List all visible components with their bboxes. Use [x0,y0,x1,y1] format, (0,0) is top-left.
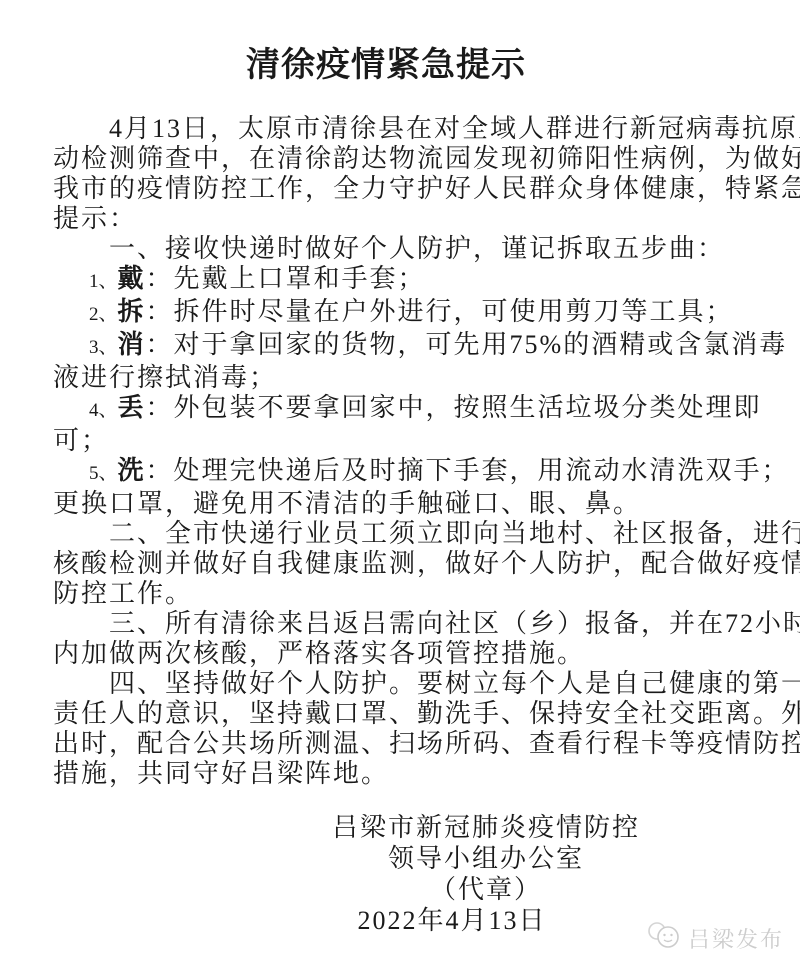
notice-document: 清徐疫情紧急提示 4月13日，太原市清徐县在对全域人群进行新冠病毒抗原主动检测筛… [0,0,800,975]
line-text: 三、所有清徐来吕返吕需向社区（乡）报备，并在72小时 [53,609,800,638]
line-text: ：拆件时尽量在户外进行，可使用剪刀等工具； [146,297,734,326]
text-line: 我市的疫情防控工作，全力守护好人民群众身体健康，特紧急 [53,174,744,204]
item-keyword: 戴 [118,264,146,293]
item-number: 1、 [89,271,118,292]
signature-block: 吕梁市新冠肺炎疫情防控 领导小组办公室 （代章） 2022年4月13日 [330,812,642,936]
publisher-logo-icon [647,921,681,955]
item-keyword: 拆 [118,297,146,326]
line-text: 可； [53,426,109,455]
line-text: 核酸检测并做好自我健康监测，做好个人防护，配合做好疫情 [53,549,800,578]
text-line: 液进行擦拭消毒； [53,363,744,393]
line-text: ：对于拿回家的货物，可先用75%的酒精或含氯消毒 [146,330,788,359]
item-keyword: 丢 [118,393,146,422]
signature-seal-note: （代章） [330,874,642,905]
line-text: 措施，共同守好吕梁阵地。 [53,759,389,788]
text-line: 措施，共同守好吕梁阵地。 [53,759,744,789]
text-line: 4月13日，太原市清徐县在对全域人群进行新冠病毒抗原主 [53,114,744,144]
line-text: 4月13日，太原市清徐县在对全域人群进行新冠病毒抗原主 [53,114,800,143]
item-number: 4、 [89,400,118,421]
text-line: 可； [53,426,744,456]
line-text: 一、接收快递时做好个人防护，谨记拆取五步曲： [53,234,725,263]
line-text: 防控工作。 [53,579,193,608]
item-number: 2、 [89,304,118,325]
text-line: 三、所有清徐来吕返吕需向社区（乡）报备，并在72小时 [53,609,744,639]
signature-date: 2022年4月13日 [296,905,608,936]
line-text: ：先戴上口罩和手套； [146,264,426,293]
text-line: 出时，配合公共场所测温、扫场所码、查看行程卡等疫情防控 [53,729,744,759]
signature-org-line2: 领导小组办公室 [330,843,642,874]
publisher-watermark-label: 吕梁发布 [688,923,784,954]
text-line: 提示： [53,204,744,234]
document-body: 4月13日，太原市清徐县在对全域人群进行新冠病毒抗原主动检测筛查中，在清徐韵达物… [53,114,744,789]
item-keyword: 洗 [118,456,146,485]
text-line: 更换口罩，避免用不清洁的手触碰口、眼、鼻。 [53,489,744,519]
text-line: 四、坚持做好个人防护。要树立每个人是自己健康的第一 [53,669,744,699]
text-line: 二、全市快递行业员工须立即向当地村、社区报备，进行 [53,519,744,549]
line-text: 二、全市快递行业员工须立即向当地村、社区报备，进行 [53,519,800,548]
item-keyword: 消 [118,330,146,359]
text-line: 内加做两次核酸，严格落实各项管控措施。 [53,639,744,669]
line-text: ：处理完快递后及时摘下手套，用流动水清洗双手； [146,456,790,485]
text-line: 4、丢：外包装不要拿回家中，按照生活垃圾分类处理即 [53,393,744,426]
item-number: 5、 [89,463,118,484]
page-title: 清徐疫情紧急提示 [0,0,772,86]
item-number: 3、 [89,337,118,358]
text-line: 一、接收快递时做好个人防护，谨记拆取五步曲： [53,234,744,264]
line-text: 液进行擦拭消毒； [53,363,277,392]
line-text: 四、坚持做好个人防护。要树立每个人是自己健康的第一 [53,669,800,698]
line-text: 责任人的意识，坚持戴口罩、勤洗手、保持安全社交距离。外 [53,699,800,728]
line-text: 更换口罩，避免用不清洁的手触碰口、眼、鼻。 [53,489,641,518]
line-text: 我市的疫情防控工作，全力守护好人民群众身体健康，特紧急 [53,174,800,203]
text-line: 2、拆：拆件时尽量在户外进行，可使用剪刀等工具； [53,297,744,330]
publisher-watermark: 吕梁发布 [647,921,784,955]
line-text: 动检测筛查中，在清徐韵达物流园发现初筛阳性病例，为做好 [53,144,800,173]
text-line: 动检测筛查中，在清徐韵达物流园发现初筛阳性病例，为做好 [53,144,744,174]
text-line: 1、戴：先戴上口罩和手套； [53,264,744,297]
text-line: 5、洗：处理完快递后及时摘下手套，用流动水清洗双手； [53,456,744,489]
line-text: 提示： [53,204,137,233]
text-line: 防控工作。 [53,579,744,609]
text-line: 3、消：对于拿回家的货物，可先用75%的酒精或含氯消毒 [53,330,744,363]
signature-org-line1: 吕梁市新冠肺炎疫情防控 [330,812,642,843]
line-text: 出时，配合公共场所测温、扫场所码、查看行程卡等疫情防控 [53,729,800,758]
text-line: 核酸检测并做好自我健康监测，做好个人防护，配合做好疫情 [53,549,744,579]
text-line: 责任人的意识，坚持戴口罩、勤洗手、保持安全社交距离。外 [53,699,744,729]
line-text: 内加做两次核酸，严格落实各项管控措施。 [53,639,585,668]
line-text: ：外包装不要拿回家中，按照生活垃圾分类处理即 [146,393,762,422]
